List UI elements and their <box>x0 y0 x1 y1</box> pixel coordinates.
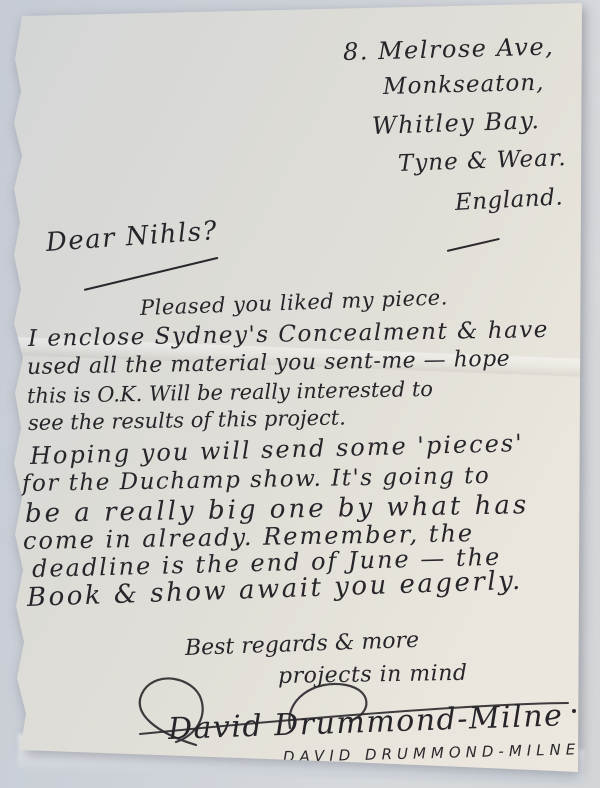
body-line: see the results of this project. <box>28 405 346 435</box>
salutation-underline <box>84 257 219 291</box>
body-line: Pleased you liked my piece. <box>140 285 449 320</box>
body-line: this is O.K. Will be really interested t… <box>27 377 433 408</box>
letter-paper-shadow-wrap: 8. Melrose Ave, Monkseaton, Whitley Bay.… <box>0 0 600 788</box>
signature-loop-icon <box>289 684 366 728</box>
address-line: 8. Melrose Ave, <box>343 32 555 66</box>
address-line: Whitley Bay. <box>372 106 541 140</box>
signature-dot-icon <box>572 709 576 713</box>
address-line: Monkseaton, <box>383 70 545 100</box>
address-underline-dash <box>447 238 500 252</box>
letter-paper: 8. Melrose Ave, Monkseaton, Whitley Bay.… <box>0 0 600 788</box>
address-line: England. <box>454 184 563 216</box>
address-line: Tyne & Wear. <box>398 145 568 177</box>
signature-loop-icon <box>140 678 203 745</box>
photo-of-letter: 8. Melrose Ave, Monkseaton, Whitley Bay.… <box>0 0 600 788</box>
closing-line: Best regards & more <box>185 628 420 661</box>
salutation: Dear Nihls? <box>45 216 219 258</box>
